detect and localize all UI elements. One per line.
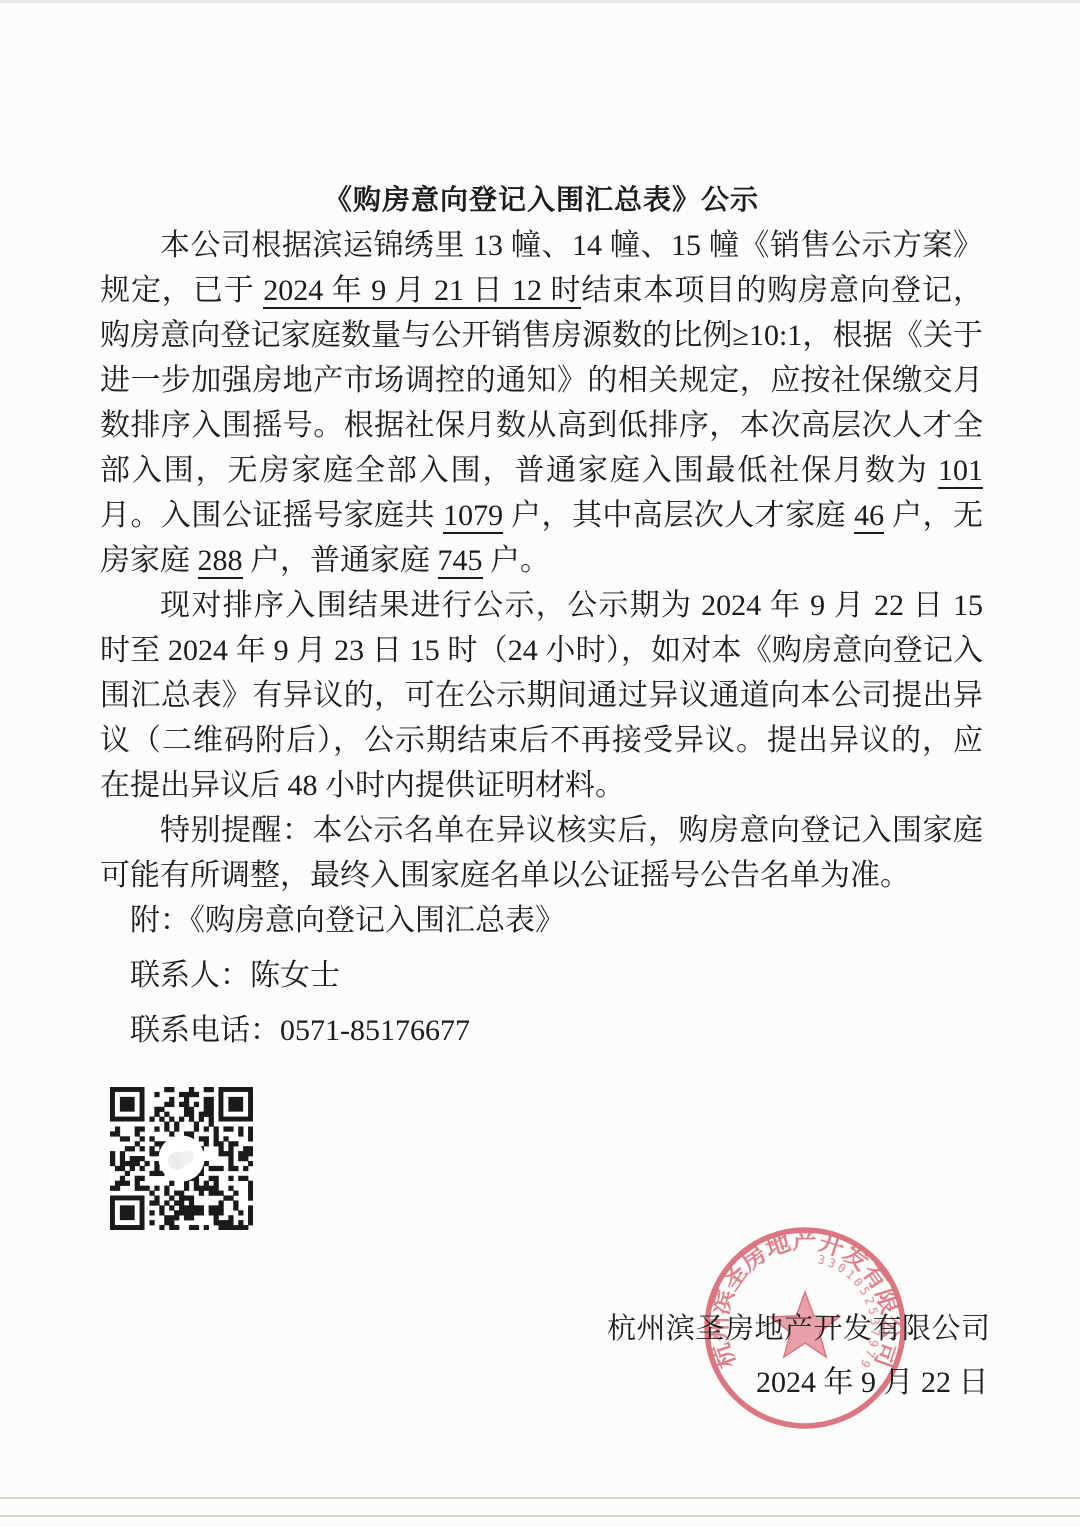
text-run: 户，普通家庭 [243,544,438,577]
page-title: 《购房意向登记入围汇总表》公示 [100,178,983,223]
underlined-value: 46 [854,499,884,534]
document-page: 《购房意向登记入围汇总表》公示 本公司根据滨运锦绣里 13 幢、14 幢、15 … [0,0,1080,1527]
signature-company: 杭州滨圣房地产开发有限公司 [607,1309,991,1349]
text-run: 现对排序入围结果进行公示，公示期为 2024 年 9 月 22 日 15 时至 … [100,589,983,802]
text-run: 户。 [483,544,551,577]
notice-paragraph-3: 特别提醒：本公示名单在异议核实后，购房意向登记入围家庭可能有所调整，最终入围家庭… [100,808,983,898]
scan-artifact-line [0,1497,1080,1499]
text-run: 月。入围公证摇号家庭共 [100,499,443,532]
attachment-line: 附：《购房意向登记入围汇总表》 [100,898,983,943]
contact-person-line: 联系人：陈女士 [100,953,983,998]
underlined-value: 288 [198,544,243,579]
notice-paragraph-1: 本公司根据滨运锦绣里 13 幢、14 幢、15 幢《销售公示方案》规定，已于 2… [100,223,983,583]
notice-paragraph-2: 现对排序入围结果进行公示，公示期为 2024 年 9 月 22 日 15 时至 … [100,583,983,808]
contact-phone-line: 联系电话：0571-85176677 [100,1008,983,1053]
notice-body: 《购房意向登记入围汇总表》公示 本公司根据滨运锦绣里 13 幢、14 幢、15 … [100,0,983,1053]
underlined-value: 101 [938,454,983,489]
signature-date: 2024 年 9 月 22 日 [756,1362,989,1404]
text-run: 特别提醒：本公示名单在异议核实后，购房意向登记入围家庭可能有所调整，最终入围家庭… [100,814,983,892]
underlined-value: 1079 [443,499,503,534]
text-run: 户，其中高层次人才家庭 [503,499,854,532]
underlined-value: 745 [438,544,483,579]
scan-artifact-line [0,1515,1080,1517]
underlined-value: 2024 年 9 月 21 日 12 时 [263,274,581,309]
qr-code [110,1087,253,1230]
